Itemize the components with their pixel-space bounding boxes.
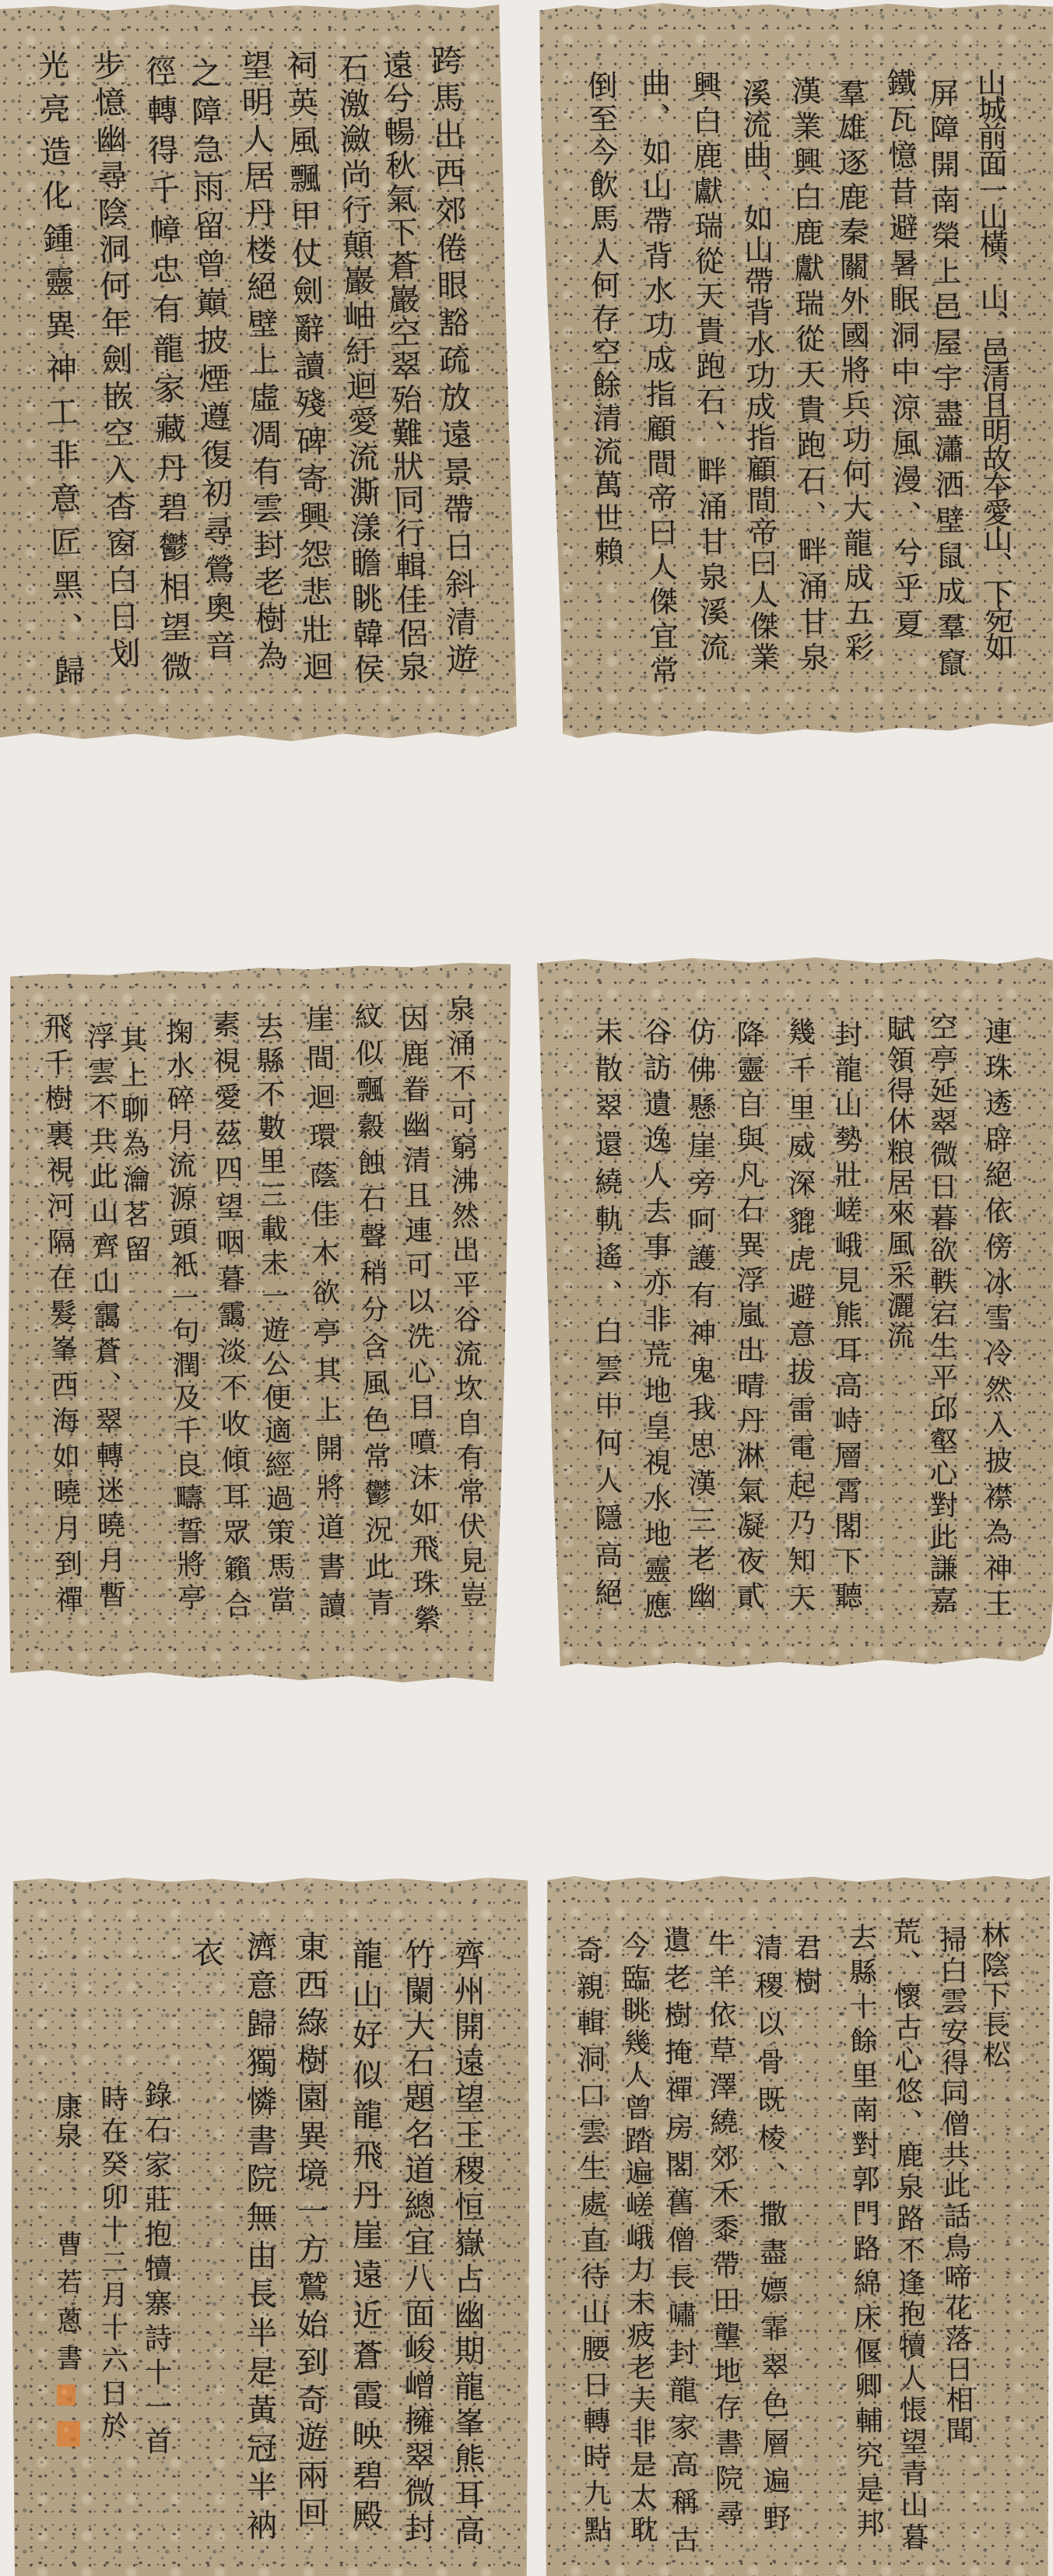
text-column: 鐵瓦憶昔避暑眠洞中涼風漫、兮乎夏 bbox=[879, 68, 926, 645]
text-column: 清稷以骨既棱、撒盡嫖霏翠色層遍野 bbox=[749, 1933, 793, 2543]
text-column: 倒至今飲馬人何存空餘清流萬世賴 bbox=[581, 70, 627, 570]
text-column: 因鹿眷幽清且連可以洗心目噴沫如飛珠縈 bbox=[394, 1004, 441, 1639]
text-column: 連珠透辟絕依傍冰雪冷然入披襟為神王 bbox=[978, 1017, 1015, 1625]
text-column: 封龍山勢壯嵯峨見熊耳高峙層霄閣下聽 bbox=[827, 1020, 865, 1616]
artist-signature: 曹若蔥書 bbox=[50, 2230, 84, 2382]
text-column: 光亮造化鍾靈異神工非意匠黑、歸 bbox=[30, 48, 88, 699]
text-column: 掬水碎月流源頭衹一句潤及千良疇誓將亭 bbox=[160, 1017, 206, 1617]
text-column: 飛千樹裏視河隔在髮峯西海如曉月到禪 bbox=[37, 1012, 84, 1622]
text-column: 東西綠樹園異境一方鷲始到奇遊兩回 bbox=[290, 1931, 330, 2534]
text-column: 衣 bbox=[185, 1936, 226, 1967]
text-column: 降靈自與凡石異浮嵐出晴丹淋氣凝夜貳 bbox=[729, 1020, 767, 1616]
text-column: 君樹 bbox=[787, 1933, 823, 2001]
red-seal-stamp bbox=[57, 2421, 80, 2447]
text-column: 紋似飄縠蝕石聲稍分含風色常鬱況此青 bbox=[349, 1002, 396, 1625]
text-column: 興白鹿獻瑞從天貴跑石、畔涌甘泉溪流 bbox=[685, 70, 732, 667]
text-column: 奇親輯洞口雲生處直待山腰日轉時九點 bbox=[569, 1936, 613, 2552]
text-column: 幾千里威深貔虎避意拔雷電起乃知天 bbox=[781, 1017, 818, 1621]
text-column: 溪流曲、如山帶背水功成指顧間帝曰人傑業 bbox=[735, 78, 782, 673]
text-column: 遺老樹掩禪房閣舊僧長嘯封龍家高稱古 bbox=[656, 1925, 700, 2563]
colophon-title-line: 錄石家莊抱犢寨詩十一首 bbox=[138, 2081, 174, 2461]
text-column: 跨馬出西郊倦眼豁疏放遠景帶日斜清遊 bbox=[423, 44, 480, 680]
red-seal-stamp bbox=[57, 2384, 75, 2406]
text-column: 仿佛懸崖旁呵護有神鬼我思漢三老幽 bbox=[681, 1017, 718, 1618]
text-column: 曲、如山帶背水功成指顧間帝曰人傑宜常 bbox=[634, 68, 681, 690]
paper-panel-bottom-left: 齊州開遠望王稷恒嶽占幽期龍峯熊耳高 竹闌大石題名道總宜八面峻嶒擁翠微封 龍山好似… bbox=[12, 1878, 529, 2576]
text-column: 空亭延翠微日暮欲軼宕生平邱壑心對此謙嘉 bbox=[922, 1012, 960, 1618]
text-column: 崖間迴環蔭佳木欲亭其上開將道書讀 bbox=[300, 1004, 348, 1630]
paper-panel-middle-right: 連珠透辟絕依傍冰雪冷然入披襟為神王 空亭延翠微日暮欲軼宕生平邱壑心對此謙嘉 賦領… bbox=[537, 958, 1053, 1670]
text-column: 去縣十餘里南對郭門路綿床偃卿輔究是邦 bbox=[841, 1923, 886, 2544]
text-column: 去縣不數里三載未一遊公便適經過策馬當 bbox=[250, 1012, 297, 1619]
colophon-place: 康泉 bbox=[48, 2092, 84, 2149]
text-column: 今臨眺幾人曾踏遍嵯峨力未疲老夫非是太耽 bbox=[615, 1931, 659, 2548]
paper-panel-top-left: 跨馬出西郊倦眼豁疏放遠景帶日斜清遊 遠兮暢秋氣下蒼巖空翠殆難狀同行輯佳侶泉 石激… bbox=[0, 5, 520, 741]
paper-panel-top-right: 山城前面一山橫、山、邑清且明故夲愛山、下宛如 屏障開南榮上邑屋宇盡瀟洒壁鼠成羣竄… bbox=[537, 3, 1053, 738]
text-column: 屏障開南榮上邑屋宇盡瀟洒壁鼠成羣竄 bbox=[922, 78, 970, 684]
text-column: 齊州開遠望王稷恒嶽占幽期龍峯熊耳高 bbox=[447, 1938, 487, 2550]
text-column: 素視愛茲四望咽暮靄淡不收傾耳眾籟合 bbox=[206, 1010, 254, 1628]
paper-panel-middle-left: 泉涌不可窮沸然出平谷流坎自有常伏見豈 因鹿眷幽清且連可以洗心目噴沫如飛珠縈 紋似… bbox=[8, 962, 514, 1683]
text-column: 羣雄逐鹿秦關外國將兵功何大龍成五彩 bbox=[830, 78, 877, 667]
text-column: 山城前面一山橫、山、邑清且明故夲愛山、下宛如 bbox=[970, 68, 1017, 659]
text-column: 未散翠還繞軌遙、白雲中何人隱高絕 bbox=[588, 1017, 625, 1615]
text-column: 濟意歸獨憐書院無由長半是黃冠半衲 bbox=[239, 1931, 279, 2548]
text-column: 掃白雲安得同僧共此話鳥啼花落日相聞 bbox=[932, 1925, 975, 2447]
text-column: 林陰下長松 bbox=[974, 1921, 1013, 2070]
colophon-date-line: 時在癸卯十二月十六日於 bbox=[94, 2084, 130, 2444]
text-column: 賦領得休粮居來風采灑流 bbox=[879, 1014, 917, 1351]
text-column: 漢業興白鹿獻瑞從天貴跑石、畔涌甘泉 bbox=[784, 76, 832, 678]
calligraphy-photo: 山城前面一山橫、山、邑清且明故夲愛山、下宛如 屏障開南榮上邑屋宇盡瀟洒壁鼠成羣竄… bbox=[0, 0, 1053, 2576]
text-column: 竹闌大石題名道總宜八面峻嶒擁翠微封 bbox=[397, 1938, 437, 2548]
text-column: 龍山好似龍飛丹崖遠近蒼霞映碧殿 bbox=[345, 1938, 385, 2539]
text-column: 荒、懷古心悠、鹿泉路不逢抱犢人悵望青山暮 bbox=[886, 1917, 930, 2555]
paper-panel-bottom-right: 林陰下長松 掃白雲安得同僧共此話鳥啼花落日相聞 荒、懷古心悠、鹿泉路不逢抱犢人悵… bbox=[545, 1876, 1050, 2576]
text-column: 步憶幽尋陰洞何年劍嵌空入杳窗白日划 bbox=[86, 48, 142, 674]
text-column: 泉涌不可窮沸然出平谷流坎自有常伏見豈 bbox=[441, 994, 489, 1615]
text-column: 谷訪遺逸人去事亦非荒地皇視水地靈應 bbox=[637, 1017, 674, 1627]
text-column: 牛羊依草澤繞郊禾黍帶田壟地存書院尋 bbox=[701, 1928, 746, 2536]
